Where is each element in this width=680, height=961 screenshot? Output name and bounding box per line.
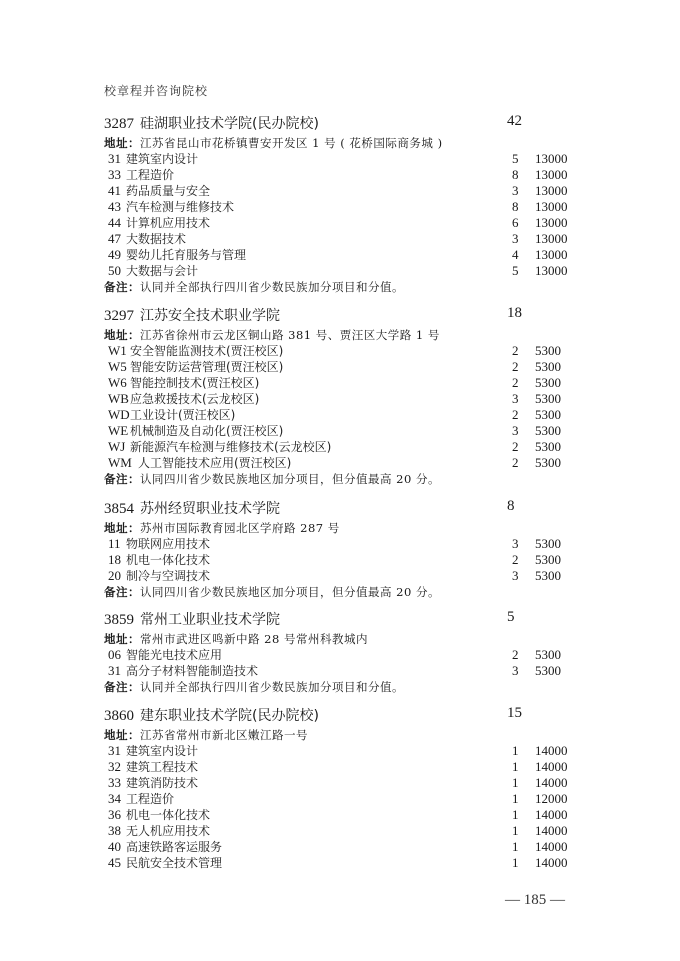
major-fee: 5300 xyxy=(535,407,561,423)
address-text: 常州市武进区鸣新中路 28 号常州科教城内 xyxy=(140,632,368,646)
school-title-row: 3297江苏安全技术职业学院 18 xyxy=(104,305,574,327)
school-address: 地址：苏州市国际教育园北区学府路 287 号 xyxy=(104,520,574,536)
major-fee: 5300 xyxy=(535,391,561,407)
major-count: 3 xyxy=(512,391,519,407)
major-name: 新能源汽车检测与维修技术(云龙校区) xyxy=(130,439,331,455)
major-name: 建筑工程技术 xyxy=(126,759,198,775)
note-label: 备注： xyxy=(104,585,140,599)
school-title: 3860建东职业技术学院(民办院校) xyxy=(104,708,319,724)
major-code: WB xyxy=(108,391,129,407)
major-row: 34工程造价112000 xyxy=(104,791,574,807)
school-section-3859: 3859常州工业职业技术学院 5 地址：常州市武进区鸣新中路 28 号常州科教城… xyxy=(104,609,574,695)
major-row: 36机电一体化技术114000 xyxy=(104,807,574,823)
major-count: 1 xyxy=(512,839,519,855)
major-code: 33 xyxy=(108,167,121,183)
major-fee: 5300 xyxy=(535,536,561,552)
major-code: 31 xyxy=(108,151,121,167)
address-label: 地址： xyxy=(104,728,140,742)
school-title-row: 3287硅湖职业技术学院(民办院校) 42 xyxy=(104,113,574,135)
school-name: 建东职业技术学院(民办院校) xyxy=(140,708,319,724)
major-code: W6 xyxy=(108,375,127,391)
major-row: WD工业设计(贾汪校区)25300 xyxy=(104,407,574,423)
major-code: W1 xyxy=(108,343,127,359)
school-total-quota: 18 xyxy=(507,305,522,322)
major-fee: 13000 xyxy=(535,215,568,231)
major-row: 38无人机应用技术114000 xyxy=(104,823,574,839)
major-count: 5 xyxy=(512,263,519,279)
major-fee: 13000 xyxy=(535,151,568,167)
major-code: 31 xyxy=(108,663,121,679)
major-name: 建筑室内设计 xyxy=(126,743,198,759)
major-code: 33 xyxy=(108,775,121,791)
school-title: 3297江苏安全技术职业学院 xyxy=(104,308,280,324)
address-text: 江苏省昆山市花桥镇曹安开发区 1 号 ( 花桥国际商务城 ) xyxy=(140,136,443,150)
major-row: 31建筑室内设计513000 xyxy=(104,151,574,167)
major-name: 计算机应用技术 xyxy=(126,215,210,231)
major-code: 38 xyxy=(108,823,121,839)
major-code: WJ xyxy=(108,439,125,455)
school-title: 3287硅湖职业技术学院(民办院校) xyxy=(104,116,319,132)
school-name: 苏州经贸职业技术学院 xyxy=(140,501,280,517)
major-row: 41药品质量与安全313000 xyxy=(104,183,574,199)
school-title-row: 3854苏州经贸职业技术学院 8 xyxy=(104,498,574,520)
major-count: 3 xyxy=(512,536,519,552)
note-text: 认同四川省少数民族地区加分项目，但分值最高 20 分。 xyxy=(140,472,440,486)
school-title-row: 3859常州工业职业技术学院 5 xyxy=(104,609,574,631)
major-count: 1 xyxy=(512,823,519,839)
major-fee: 14000 xyxy=(535,775,568,791)
school-address: 地址：江苏省常州市新北区嫩江路一号 xyxy=(104,727,574,743)
major-count: 1 xyxy=(512,759,519,775)
school-code: 3860 xyxy=(104,708,134,724)
major-row: WB应急救援技术(云龙校区)35300 xyxy=(104,391,574,407)
major-count: 1 xyxy=(512,807,519,823)
major-name: 工业设计(贾汪校区) xyxy=(130,407,235,423)
major-code: 32 xyxy=(108,759,121,775)
note-text: 认同并全部执行四川省少数民族加分项目和分值。 xyxy=(140,680,404,694)
major-name: 制冷与空调技术 xyxy=(126,568,210,584)
major-name: 机械制造及自动化(贾汪校区) xyxy=(130,423,283,439)
major-fee: 13000 xyxy=(535,167,568,183)
major-count: 4 xyxy=(512,247,519,263)
major-code: W5 xyxy=(108,359,127,375)
major-code: WM xyxy=(108,455,132,471)
major-fee: 5300 xyxy=(535,375,561,391)
major-code: 31 xyxy=(108,743,121,759)
school-title: 3854苏州经贸职业技术学院 xyxy=(104,501,280,517)
major-count: 2 xyxy=(512,407,519,423)
school-total-quota: 8 xyxy=(507,498,515,515)
major-count: 3 xyxy=(512,423,519,439)
major-code: 36 xyxy=(108,807,121,823)
major-row: 47大数据技术313000 xyxy=(104,231,574,247)
major-row: 49婴幼儿托育服务与管理413000 xyxy=(104,247,574,263)
major-row: 11物联网应用技术35300 xyxy=(104,536,574,552)
major-fee: 5300 xyxy=(535,647,561,663)
major-count: 2 xyxy=(512,647,519,663)
major-row: WE机械制造及自动化(贾汪校区)35300 xyxy=(104,423,574,439)
note-text: 认同并全部执行四川省少数民族加分项目和分值。 xyxy=(140,280,404,294)
school-total-quota: 5 xyxy=(507,609,515,626)
major-name: 安全智能监测技术(贾汪校区) xyxy=(130,343,283,359)
major-code: 34 xyxy=(108,791,121,807)
major-row: WM人工智能技术应用(贾汪校区)25300 xyxy=(104,455,574,471)
major-name: 药品质量与安全 xyxy=(126,183,210,199)
major-fee: 14000 xyxy=(535,743,568,759)
major-row: 32建筑工程技术114000 xyxy=(104,759,574,775)
major-count: 2 xyxy=(512,343,519,359)
major-fee: 14000 xyxy=(535,855,568,871)
major-count: 2 xyxy=(512,439,519,455)
note-label: 备注： xyxy=(104,680,140,694)
school-address: 地址：江苏省昆山市花桥镇曹安开发区 1 号 ( 花桥国际商务城 ) xyxy=(104,135,574,151)
major-count: 8 xyxy=(512,167,519,183)
major-fee: 5300 xyxy=(535,439,561,455)
major-row: 33工程造价813000 xyxy=(104,167,574,183)
major-row: 44计算机应用技术613000 xyxy=(104,215,574,231)
major-name: 大数据与会计 xyxy=(126,263,198,279)
major-fee: 12000 xyxy=(535,791,568,807)
major-name: 应急救援技术(云龙校区) xyxy=(130,391,259,407)
major-row: 31建筑室内设计114000 xyxy=(104,743,574,759)
running-header: 校章程并咨询院校 xyxy=(104,82,208,99)
major-fee: 5300 xyxy=(535,663,561,679)
major-name: 婴幼儿托育服务与管理 xyxy=(126,247,246,263)
school-name: 硅湖职业技术学院(民办院校) xyxy=(140,116,319,132)
major-row: W6智能控制技术(贾汪校区)25300 xyxy=(104,375,574,391)
major-fee: 5300 xyxy=(535,552,561,568)
major-row: 43汽车检测与维修技术813000 xyxy=(104,199,574,215)
major-count: 2 xyxy=(512,359,519,375)
school-total-quota: 42 xyxy=(507,113,522,130)
school-section-3287: 3287硅湖职业技术学院(民办院校) 42 地址：江苏省昆山市花桥镇曹安开发区 … xyxy=(104,113,574,295)
address-text: 江苏省徐州市云龙区铜山路 381 号、贾汪区大学路 1 号 xyxy=(140,328,440,342)
major-code: 44 xyxy=(108,215,121,231)
school-title: 3859常州工业职业技术学院 xyxy=(104,612,280,628)
major-count: 3 xyxy=(512,663,519,679)
school-note: 备注：认同四川省少数民族地区加分项目，但分值最高 20 分。 xyxy=(104,584,574,600)
major-count: 1 xyxy=(512,775,519,791)
major-code: 47 xyxy=(108,231,121,247)
major-count: 6 xyxy=(512,215,519,231)
page-number: — 185 — xyxy=(505,892,565,909)
school-name: 常州工业职业技术学院 xyxy=(140,612,280,628)
major-code: 11 xyxy=(108,536,121,552)
major-fee: 13000 xyxy=(535,199,568,215)
major-row: 20制冷与空调技术35300 xyxy=(104,568,574,584)
school-title-row: 3860建东职业技术学院(民办院校) 15 xyxy=(104,705,574,727)
major-count: 2 xyxy=(512,455,519,471)
major-code: WD xyxy=(108,407,130,423)
major-name: 建筑室内设计 xyxy=(126,151,198,167)
major-row: W5智能安防运营管理(贾汪校区)25300 xyxy=(104,359,574,375)
school-code: 3854 xyxy=(104,501,134,517)
major-code: 50 xyxy=(108,263,121,279)
major-fee: 14000 xyxy=(535,759,568,775)
major-name: 智能光电技术应用 xyxy=(126,647,222,663)
major-name: 建筑消防技术 xyxy=(126,775,198,791)
address-label: 地址： xyxy=(104,521,140,535)
address-text: 苏州市国际教育园北区学府路 287 号 xyxy=(140,521,340,535)
note-label: 备注： xyxy=(104,472,140,486)
major-code: 41 xyxy=(108,183,121,199)
major-name: 大数据技术 xyxy=(126,231,186,247)
school-code: 3287 xyxy=(104,116,134,132)
major-row: 50大数据与会计513000 xyxy=(104,263,574,279)
address-label: 地址： xyxy=(104,632,140,646)
major-count: 2 xyxy=(512,375,519,391)
major-name: 无人机应用技术 xyxy=(126,823,210,839)
major-code: 06 xyxy=(108,647,121,663)
major-count: 8 xyxy=(512,199,519,215)
major-name: 汽车检测与维修技术 xyxy=(126,199,234,215)
major-name: 机电一体化技术 xyxy=(126,552,210,568)
major-fee: 5300 xyxy=(535,423,561,439)
major-count: 1 xyxy=(512,791,519,807)
major-fee: 14000 xyxy=(535,807,568,823)
major-row: 33建筑消防技术114000 xyxy=(104,775,574,791)
major-count: 3 xyxy=(512,183,519,199)
major-count: 2 xyxy=(512,552,519,568)
major-name: 物联网应用技术 xyxy=(126,536,210,552)
major-name: 工程造价 xyxy=(126,791,174,807)
note-label: 备注： xyxy=(104,280,140,294)
major-fee: 5300 xyxy=(535,359,561,375)
school-address: 地址：常州市武进区鸣新中路 28 号常州科教城内 xyxy=(104,631,574,647)
school-note: 备注：认同并全部执行四川省少数民族加分项目和分值。 xyxy=(104,679,574,695)
major-name: 人工智能技术应用(贾汪校区) xyxy=(138,455,291,471)
major-name: 高分子材料智能制造技术 xyxy=(126,663,258,679)
school-section-3297: 3297江苏安全技术职业学院 18 地址：江苏省徐州市云龙区铜山路 381 号、… xyxy=(104,305,574,487)
major-name: 智能安防运营管理(贾汪校区) xyxy=(130,359,283,375)
major-count: 3 xyxy=(512,568,519,584)
major-name: 高速铁路客运服务 xyxy=(126,839,222,855)
major-name: 民航安全技术管理 xyxy=(126,855,222,871)
school-section-3860: 3860建东职业技术学院(民办院校) 15 地址：江苏省常州市新北区嫩江路一号 … xyxy=(104,705,574,871)
major-code: 45 xyxy=(108,855,121,871)
school-section-3854: 3854苏州经贸职业技术学院 8 地址：苏州市国际教育园北区学府路 287 号 … xyxy=(104,498,574,600)
major-fee: 13000 xyxy=(535,263,568,279)
major-code: 20 xyxy=(108,568,121,584)
major-row: WJ新能源汽车检测与维修技术(云龙校区)25300 xyxy=(104,439,574,455)
major-code: WE xyxy=(108,423,128,439)
major-fee: 13000 xyxy=(535,247,568,263)
major-code: 40 xyxy=(108,839,121,855)
address-text: 江苏省常州市新北区嫩江路一号 xyxy=(140,728,308,742)
school-address: 地址：江苏省徐州市云龙区铜山路 381 号、贾汪区大学路 1 号 xyxy=(104,327,574,343)
major-code: 43 xyxy=(108,199,121,215)
major-fee: 5300 xyxy=(535,455,561,471)
major-fee: 13000 xyxy=(535,183,568,199)
major-row: 06智能光电技术应用25300 xyxy=(104,647,574,663)
major-fee: 14000 xyxy=(535,839,568,855)
major-row: 31高分子材料智能制造技术35300 xyxy=(104,663,574,679)
major-name: 智能控制技术(贾汪校区) xyxy=(130,375,259,391)
school-code: 3297 xyxy=(104,308,134,324)
major-fee: 5300 xyxy=(535,568,561,584)
school-total-quota: 15 xyxy=(507,705,522,722)
major-count: 1 xyxy=(512,743,519,759)
school-note: 备注：认同并全部执行四川省少数民族加分项目和分值。 xyxy=(104,279,574,295)
major-name: 工程造价 xyxy=(126,167,174,183)
major-count: 1 xyxy=(512,855,519,871)
note-text: 认同四川省少数民族地区加分项目，但分值最高 20 分。 xyxy=(140,585,440,599)
school-note: 备注：认同四川省少数民族地区加分项目，但分值最高 20 分。 xyxy=(104,471,574,487)
major-row: W1安全智能监测技术(贾汪校区)25300 xyxy=(104,343,574,359)
major-fee: 5300 xyxy=(535,343,561,359)
school-code: 3859 xyxy=(104,612,134,628)
major-code: 49 xyxy=(108,247,121,263)
major-code: 18 xyxy=(108,552,121,568)
major-fee: 14000 xyxy=(535,823,568,839)
major-row: 40高速铁路客运服务114000 xyxy=(104,839,574,855)
major-count: 3 xyxy=(512,231,519,247)
school-name: 江苏安全技术职业学院 xyxy=(140,308,280,324)
major-row: 18机电一体化技术25300 xyxy=(104,552,574,568)
address-label: 地址： xyxy=(104,328,140,342)
address-label: 地址： xyxy=(104,136,140,150)
major-fee: 13000 xyxy=(535,231,568,247)
major-row: 45民航安全技术管理114000 xyxy=(104,855,574,871)
major-count: 5 xyxy=(512,151,519,167)
major-name: 机电一体化技术 xyxy=(126,807,210,823)
